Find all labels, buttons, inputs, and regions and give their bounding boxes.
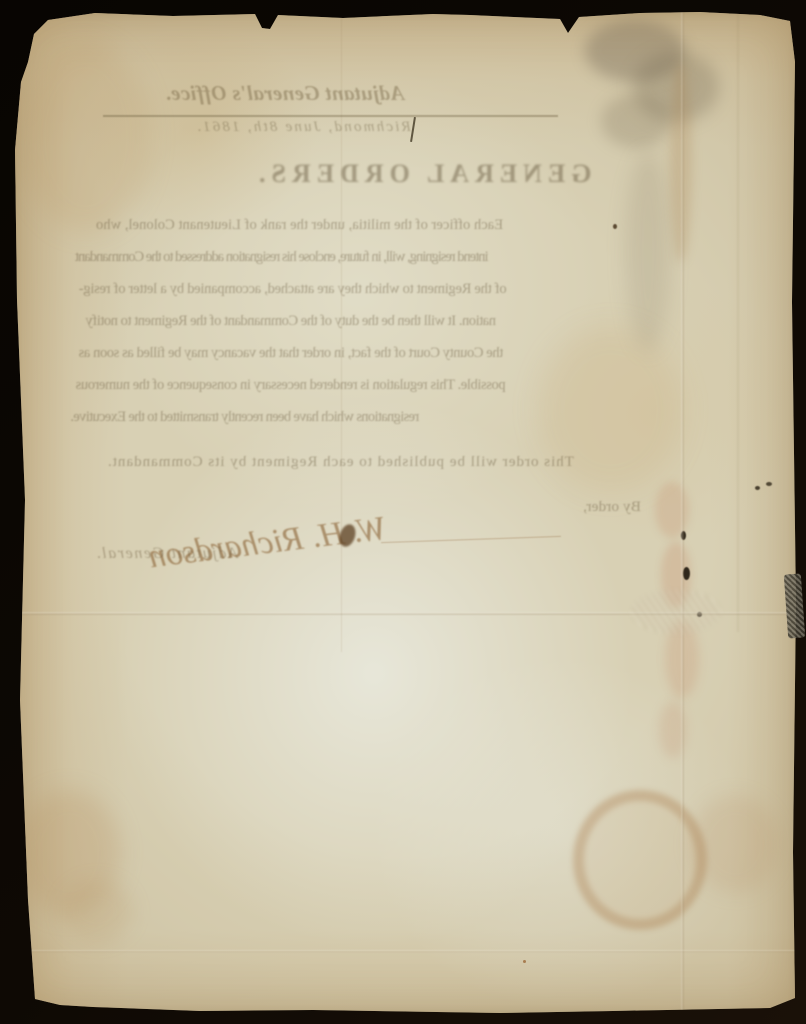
body-line: of the Regiment to which they are attach… [79,281,507,298]
dateline: Richmond, June 8th, 1861. [195,119,411,136]
scanner-background: Adjutant General's Office. Richmond, Jun… [0,0,806,1024]
body-line: intend resigning, will, in future, enclo… [76,249,489,266]
header-rule [103,115,558,117]
body-line: resignations which have been recently tr… [71,409,419,426]
body-line: the County Court of the fact, in order t… [79,345,503,362]
closing-line: This order will be published to each Reg… [107,454,574,471]
paper-sheet: Adjutant General's Office. Richmond, Jun… [13,12,797,1014]
office-script-line: Adjutant General's Office. [165,81,404,106]
by-order-line: By order, [583,499,641,516]
body-line: possible. This regulation is rendered ne… [76,377,506,394]
general-orders-heading: GENERAL ORDERS. [253,159,592,189]
body-line: nation. It will then be the duty of the … [86,313,496,330]
tape-fragment-right-edge [784,573,805,638]
body-line: Each officer of the militia, under the r… [96,217,503,234]
signature-title: Adjutant General. [95,545,238,563]
